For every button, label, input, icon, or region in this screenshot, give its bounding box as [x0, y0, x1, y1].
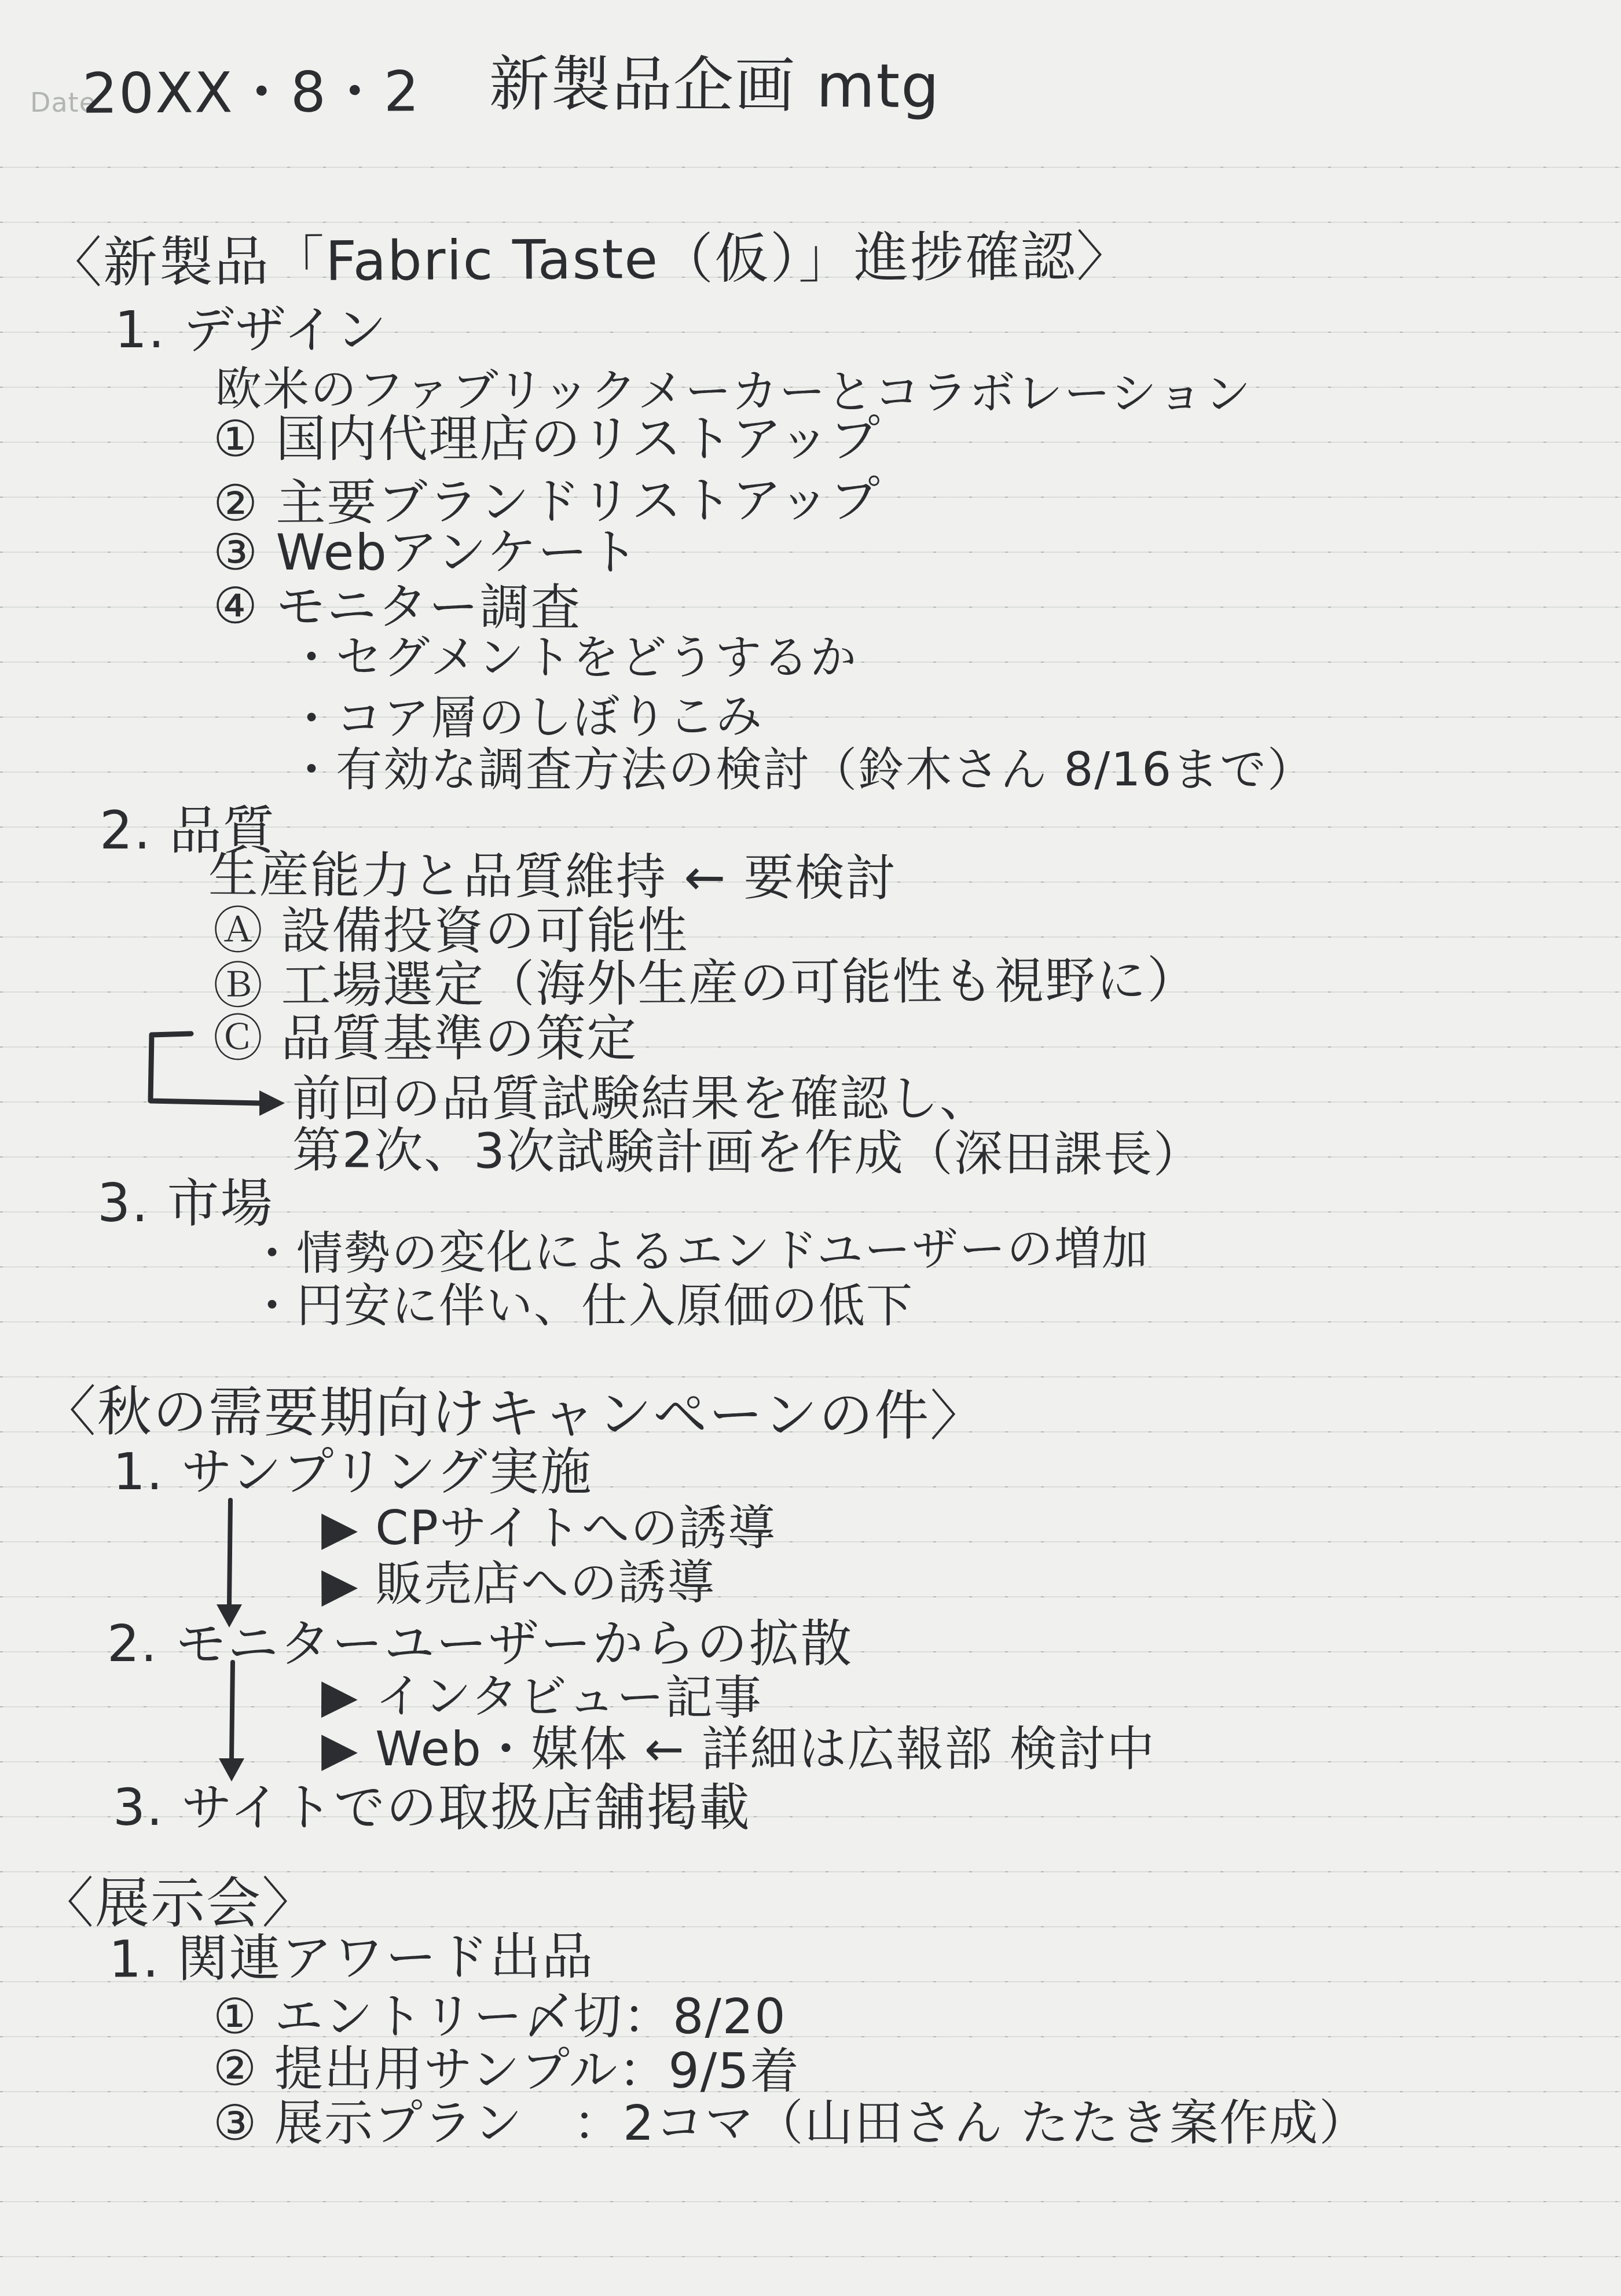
ruled-line: [0, 1706, 1621, 1707]
note-line: ▶ Web・媒体 ← 詳細は広報部 検討中: [321, 1724, 1156, 1776]
note-line: ・セグメントをどうするか: [288, 632, 857, 683]
note-line: ③ Webアンケート: [213, 526, 640, 581]
note-line: ▶ インタビュー記事: [321, 1670, 762, 1725]
down-arrow-icon: [229, 1500, 230, 1604]
note-line: Ⓒ 品質基準の策定: [213, 1012, 637, 1067]
note-line: ・有効な調査方法の検討（鈴木さん 8/16まで）: [288, 744, 1315, 795]
note-line: ・コア層のしぼりこみ: [288, 690, 764, 744]
note-line: Ⓐ 設備投資の可能性: [213, 904, 688, 959]
note-line: ・円安に伴い、仕入原価の低下: [249, 1280, 914, 1331]
note-line: Ⓑ 工場選定（海外生産の可能性も視野に）: [213, 953, 1198, 1014]
note-line: ③ 展示プラン ：2コマ（山田さん たたき案作成）: [213, 2096, 1369, 2150]
ruled-line: [0, 2256, 1621, 2257]
note-line: 第2次、3次試験計画を作成（深田課長）: [292, 1123, 1203, 1182]
section-heading: 〈秋の需要期向けキャンペーンの件〉: [42, 1382, 986, 1447]
ruled-line: [0, 717, 1621, 718]
note-line: 生産能力と品質維持 ← 要検討: [208, 848, 897, 906]
note-line: ・情勢の変化によるエンドユーザーの増加: [249, 1223, 1149, 1279]
bracket-arrowhead-icon: [259, 1090, 285, 1116]
note-line: 1. 関連アワード出品: [109, 1928, 595, 1988]
note-line: 1. デザイン: [115, 302, 388, 358]
ruled-line: [0, 1541, 1621, 1542]
section-heading: 〈新製品「Fabric Taste（仮）」進捗確認〉: [47, 227, 1132, 293]
ruled-line: [0, 167, 1621, 168]
notebook-page: Date 20XX・8・2 新製品企画 mtg 〈新製品「Fabric Tast…: [0, 0, 1621, 2296]
note-line: ② 提出用サンプル：9/5着: [213, 2041, 800, 2098]
note-line: 1. サンプリング実施: [113, 1444, 592, 1500]
note-line: ▶ CPサイトへの誘導: [321, 1502, 776, 1555]
date-value: 20XX・8・2: [82, 61, 420, 124]
note-line: 前回の品質試験結果を確認し、: [292, 1072, 989, 1125]
note-line: 2. モニターユーザーからの拡散: [107, 1616, 853, 1672]
ruled-line: [0, 222, 1621, 223]
note-line: 3. サイトでの取扱店舗掲載: [113, 1780, 751, 1836]
page-title: 新製品企画 mtg: [489, 51, 941, 119]
note-line: ▶ 販売店への誘導: [321, 1557, 716, 1611]
ruled-line: [0, 2201, 1621, 2202]
note-line: 3. 市場: [97, 1175, 273, 1232]
section-heading: 〈展示会〉: [39, 1874, 317, 1934]
note-line: ① エントリー〆切：8/20: [213, 1990, 787, 2043]
note-line: ② 主要ブランドリストアップ: [213, 472, 882, 531]
ruled-line: [0, 1596, 1621, 1597]
note-line: ④ モニター調査: [213, 579, 582, 635]
note-line: ① 国内代理店のリストアップ: [213, 412, 881, 467]
down-arrow-icon: [232, 1662, 233, 1758]
ruled-line: [0, 1376, 1621, 1377]
